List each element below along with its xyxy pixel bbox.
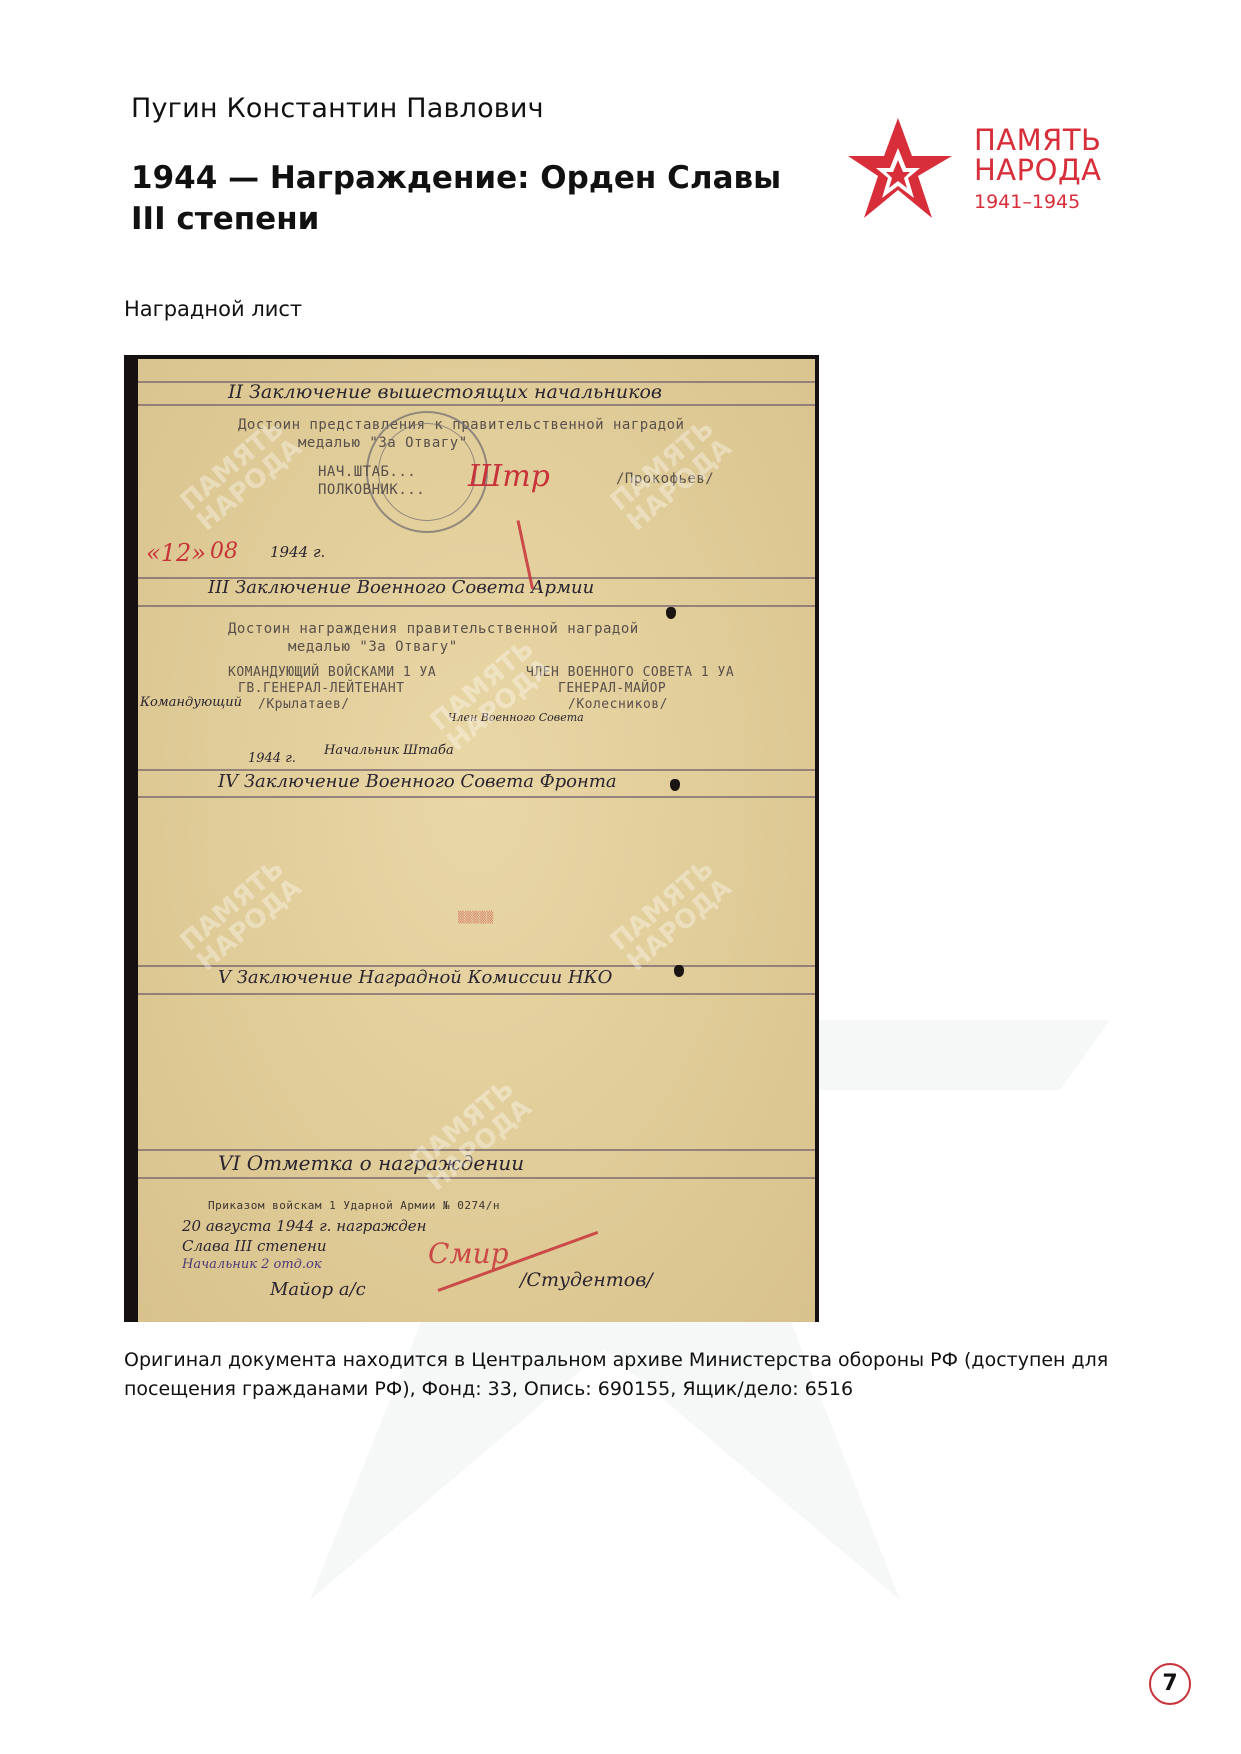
document-scan-image[interactable]: II Заключение вышестоящих начальников До… — [124, 355, 819, 1322]
document-label: Наградной лист — [124, 297, 302, 321]
red-star-icon — [848, 118, 952, 218]
page-title: 1944 — Награждение: Орден Славы III степ… — [131, 158, 811, 240]
red-signature: Штр — [468, 459, 550, 494]
typed-text: /Крылатаев/ — [258, 697, 350, 712]
typed-text: /Колесников/ — [568, 697, 668, 712]
typed-text: ГЕНЕРАЛ-МАЙОР — [558, 681, 666, 696]
section-header: IV Заключение Военного Совета Фронта — [218, 771, 617, 792]
handwritten-text: Майор а/с — [270, 1279, 366, 1300]
logo-line-1: ПАМЯТЬ — [974, 125, 1101, 155]
date-month: 08 — [210, 539, 238, 564]
typed-text: НАЧ.ШТАБ... — [318, 464, 416, 480]
logo-line-2: НАРОДА — [974, 155, 1101, 185]
logo-years: 1941–1945 — [974, 187, 1101, 217]
handwritten-text: Командующий — [140, 695, 242, 710]
pamyat-naroda-logo[interactable]: ПАМЯТЬ НАРОДА 1941–1945 — [848, 118, 1128, 218]
red-signature: Смир — [428, 1237, 509, 1270]
section-header: II Заключение вышестоящих начальников — [228, 381, 662, 403]
handwritten-text: Начальник Штаба — [324, 743, 454, 758]
handwritten-text: 20 августа 1944 г. награжден — [182, 1217, 426, 1235]
watermark: ПАМЯТЬНАРОДА — [176, 854, 306, 975]
section-header: V Заключение Наградной Комиссии НКО — [218, 967, 612, 988]
date-year: 1944 г. — [270, 543, 325, 561]
document-archive-caption: Оригинал документа находится в Центральн… — [124, 1346, 1114, 1404]
date-day: «12» — [146, 539, 206, 567]
typed-text: ЧЛЕН ВОЕННОГО СОВЕТА 1 УА — [526, 665, 734, 680]
handwritten-signature: /Студентов/ — [520, 1269, 653, 1291]
typed-text: Достоин награждения правительственной на… — [228, 621, 639, 637]
typed-text: медалью "За Отвагу" — [288, 639, 458, 655]
typed-text: КОМАНДУЮЩИЙ ВОЙСКАМИ 1 УА — [228, 665, 436, 680]
page-number: 7 — [1149, 1663, 1191, 1705]
faded-stamp: ▒▒▒▒▒ — [458, 911, 494, 924]
person-name: Пугин Константин Павлович — [131, 93, 544, 124]
typed-text: ГВ.ГЕНЕРАЛ-ЛЕЙТЕНАНТ — [238, 681, 405, 696]
handwritten-text: Начальник 2 отд.ок — [182, 1257, 322, 1272]
typed-text: Приказом войскам 1 Ударной Армии № 0274/… — [208, 1199, 500, 1212]
section-header: III Заключение Военного Совета Армии — [208, 577, 594, 598]
handwritten-text: Слава III степени — [182, 1237, 327, 1255]
paper-sheet: II Заключение вышестоящих начальников До… — [138, 359, 815, 1322]
typed-text: ПОЛКОВНИК... — [318, 482, 425, 498]
handwritten-text: 1944 г. — [248, 751, 296, 766]
watermark: ПАМЯТЬНАРОДА — [606, 854, 736, 975]
